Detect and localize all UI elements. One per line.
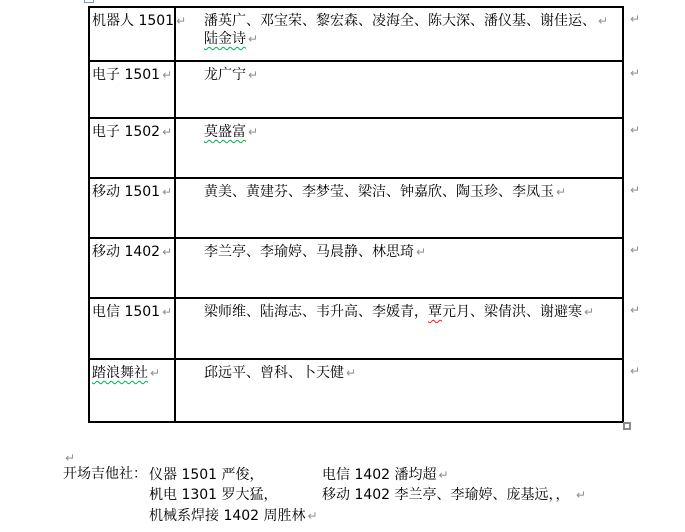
pilcrow-mark: ↵	[584, 305, 594, 319]
footer-left-text[interactable]: 机械系焊接 1402 周胜林↵	[149, 506, 318, 526]
pilcrow-mark: ↵	[598, 14, 608, 28]
table-row: 移动 1402↵李兰亭、李瑜婷、马晨静、林思琦↵↵	[90, 239, 622, 299]
name-text: 龙广宁	[204, 67, 246, 83]
pilcrow-mark: ↵	[439, 468, 449, 482]
names-cell[interactable]: 李兰亭、李瑜婷、马晨静、林思琦↵	[176, 239, 622, 297]
end-of-row-mark: ↵	[630, 243, 640, 257]
table-row: 电子 1501↵龙广宁↵↵	[90, 62, 622, 119]
end-of-row-mark: ↵	[630, 303, 640, 317]
class-label-cell[interactable]: 机器人 1501↵	[90, 8, 176, 60]
class-label: 电信 1501	[92, 304, 160, 320]
footer-left-text[interactable]: 机电 1301 罗大猛，	[149, 485, 278, 505]
pilcrow-mark: ↵	[162, 305, 172, 319]
names-line: 龙广宁↵	[204, 66, 618, 84]
class-label-cell[interactable]: 踏浪舞社↵	[90, 360, 176, 421]
pilcrow-mark: ↵	[248, 68, 258, 82]
name-text: 元月、梁倩洪、谢避寒	[442, 304, 582, 320]
names-cell[interactable]: 龙广宁↵	[176, 62, 622, 117]
table-row: 机器人 1501↵潘英广、邓宝荣、黎宏森、凌海全、陈大深、潘仪基、谢佳运、↵陆金…	[90, 8, 622, 62]
name-text: 黄美、黄建芬、李梦莹、梁洁、钟嘉欣、陶玉珍、李凤玉	[204, 184, 554, 200]
table-move-handle[interactable]	[84, 0, 94, 3]
footer-heading-line: 开场吉他社： ↵	[0, 444, 685, 464]
table-row: 移动 1501↵黄美、黄建芬、李梦莹、梁洁、钟嘉欣、陶玉珍、李凤玉↵↵	[90, 179, 622, 239]
end-of-row-mark: ↵	[630, 123, 640, 137]
table-row: 踏浪舞社↵邱远平、曾科、卜天健↵↵	[90, 360, 622, 421]
class-label-cell[interactable]: 移动 1402↵	[90, 239, 176, 297]
footer-right-text[interactable]: 移动 1402 李兰亭、李瑜婷、庞基远，， ↵	[322, 485, 586, 505]
end-of-row-mark: ↵	[630, 66, 640, 80]
names-line: 陆金诗↵	[204, 30, 618, 48]
pilcrow-mark: ↵	[556, 185, 566, 199]
class-label: 移动 1501	[92, 184, 160, 200]
name-text: 邱远平、曾科、卜天健	[204, 365, 344, 381]
names-line: 梁师维、陆海志、韦升高、李媛青，覃元月、梁倩洪、谢避寒↵	[204, 303, 618, 321]
names-cell[interactable]: 梁师维、陆海志、韦升高、李媛青，覃元月、梁倩洪、谢避寒↵	[176, 299, 622, 358]
footer-left-text[interactable]: 仪器 1501 严俊，	[149, 465, 264, 485]
name-text: 李兰亭、李瑜婷、马晨静、林思琦	[204, 244, 414, 260]
class-roster-table: 机器人 1501↵潘英广、邓宝荣、黎宏森、凌海全、陈大深、潘仪基、谢佳运、↵陆金…	[88, 6, 624, 423]
table-row: 电信 1501↵梁师维、陆海志、韦升高、李媛青，覃元月、梁倩洪、谢避寒↵↵	[90, 299, 622, 360]
class-label-cell[interactable]: 电子 1502↵	[90, 119, 176, 177]
class-label: 电子 1502	[92, 124, 160, 140]
class-label-cell[interactable]: 电子 1501↵	[90, 62, 176, 117]
pilcrow-mark: ↵	[416, 245, 426, 259]
names-cell[interactable]: 邱远平、曾科、卜天健↵	[176, 360, 622, 421]
class-label: 机器人 1501	[92, 13, 174, 29]
names-cell[interactable]: 莫盛富↵	[176, 119, 622, 177]
pilcrow-mark: ↵	[162, 245, 172, 259]
document-page: 机器人 1501↵潘英广、邓宝荣、黎宏森、凌海全、陈大深、潘仪基、谢佳运、↵陆金…	[0, 0, 685, 532]
names-line: 李兰亭、李瑜婷、马晨静、林思琦↵	[204, 243, 618, 261]
footer-line: 机电 1301 罗大猛，移动 1402 李兰亭、李瑜婷、庞基远，， ↵	[0, 485, 685, 505]
end-of-row-mark: ↵	[630, 183, 640, 197]
pilcrow-mark: ↵	[248, 32, 258, 46]
pilcrow-mark: ↵	[346, 366, 356, 380]
names-line: 黄美、黄建芬、李梦莹、梁洁、钟嘉欣、陶玉珍、李凤玉↵	[204, 183, 618, 201]
class-label: 踏浪舞社	[92, 365, 148, 381]
name-text: 潘英广、邓宝荣、黎宏森、凌海全、陈大深、潘仪基、谢佳运、	[204, 13, 596, 29]
pilcrow-mark: ↵	[162, 125, 172, 139]
names-line: 潘英广、邓宝荣、黎宏森、凌海全、陈大深、潘仪基、谢佳运、↵	[204, 12, 618, 30]
pilcrow-mark: ↵	[150, 366, 160, 380]
class-label: 电子 1501	[92, 67, 160, 83]
pilcrow-mark: ↵	[248, 125, 258, 139]
end-of-row-mark: ↵	[630, 364, 640, 378]
names-cell[interactable]: 黄美、黄建芬、李梦莹、梁洁、钟嘉欣、陶玉珍、李凤玉↵	[176, 179, 622, 237]
name-text: 莫盛富	[204, 124, 246, 140]
class-label-cell[interactable]: 移动 1501↵	[90, 179, 176, 237]
names-cell[interactable]: 潘英广、邓宝荣、黎宏森、凌海全、陈大深、潘仪基、谢佳运、↵陆金诗↵	[176, 8, 622, 60]
name-text: 陆金诗	[204, 31, 246, 47]
class-label-cell[interactable]: 电信 1501↵	[90, 299, 176, 358]
pilcrow-mark: ↵	[576, 488, 586, 502]
footer-right-text[interactable]: 电信 1402 潘均超↵	[322, 465, 449, 485]
names-line: 莫盛富↵	[204, 123, 618, 141]
table-row: 电子 1502↵莫盛富↵↵	[90, 119, 622, 179]
pilcrow-mark: ↵	[162, 185, 172, 199]
class-label: 移动 1402	[92, 244, 160, 260]
footer-line: 仪器 1501 严俊，电信 1402 潘均超↵	[0, 465, 685, 485]
name-text: 梁师维、陆海志、韦升高、李媛青，	[204, 304, 428, 320]
pilcrow-mark: ↵	[308, 509, 318, 523]
footer-line: 机械系焊接 1402 周胜林↵	[0, 506, 685, 526]
pilcrow-mark: ↵	[162, 68, 172, 82]
names-line: 邱远平、曾科、卜天健↵	[204, 364, 618, 382]
end-of-row-mark: ↵	[630, 12, 640, 26]
name-text: 覃	[428, 304, 442, 320]
